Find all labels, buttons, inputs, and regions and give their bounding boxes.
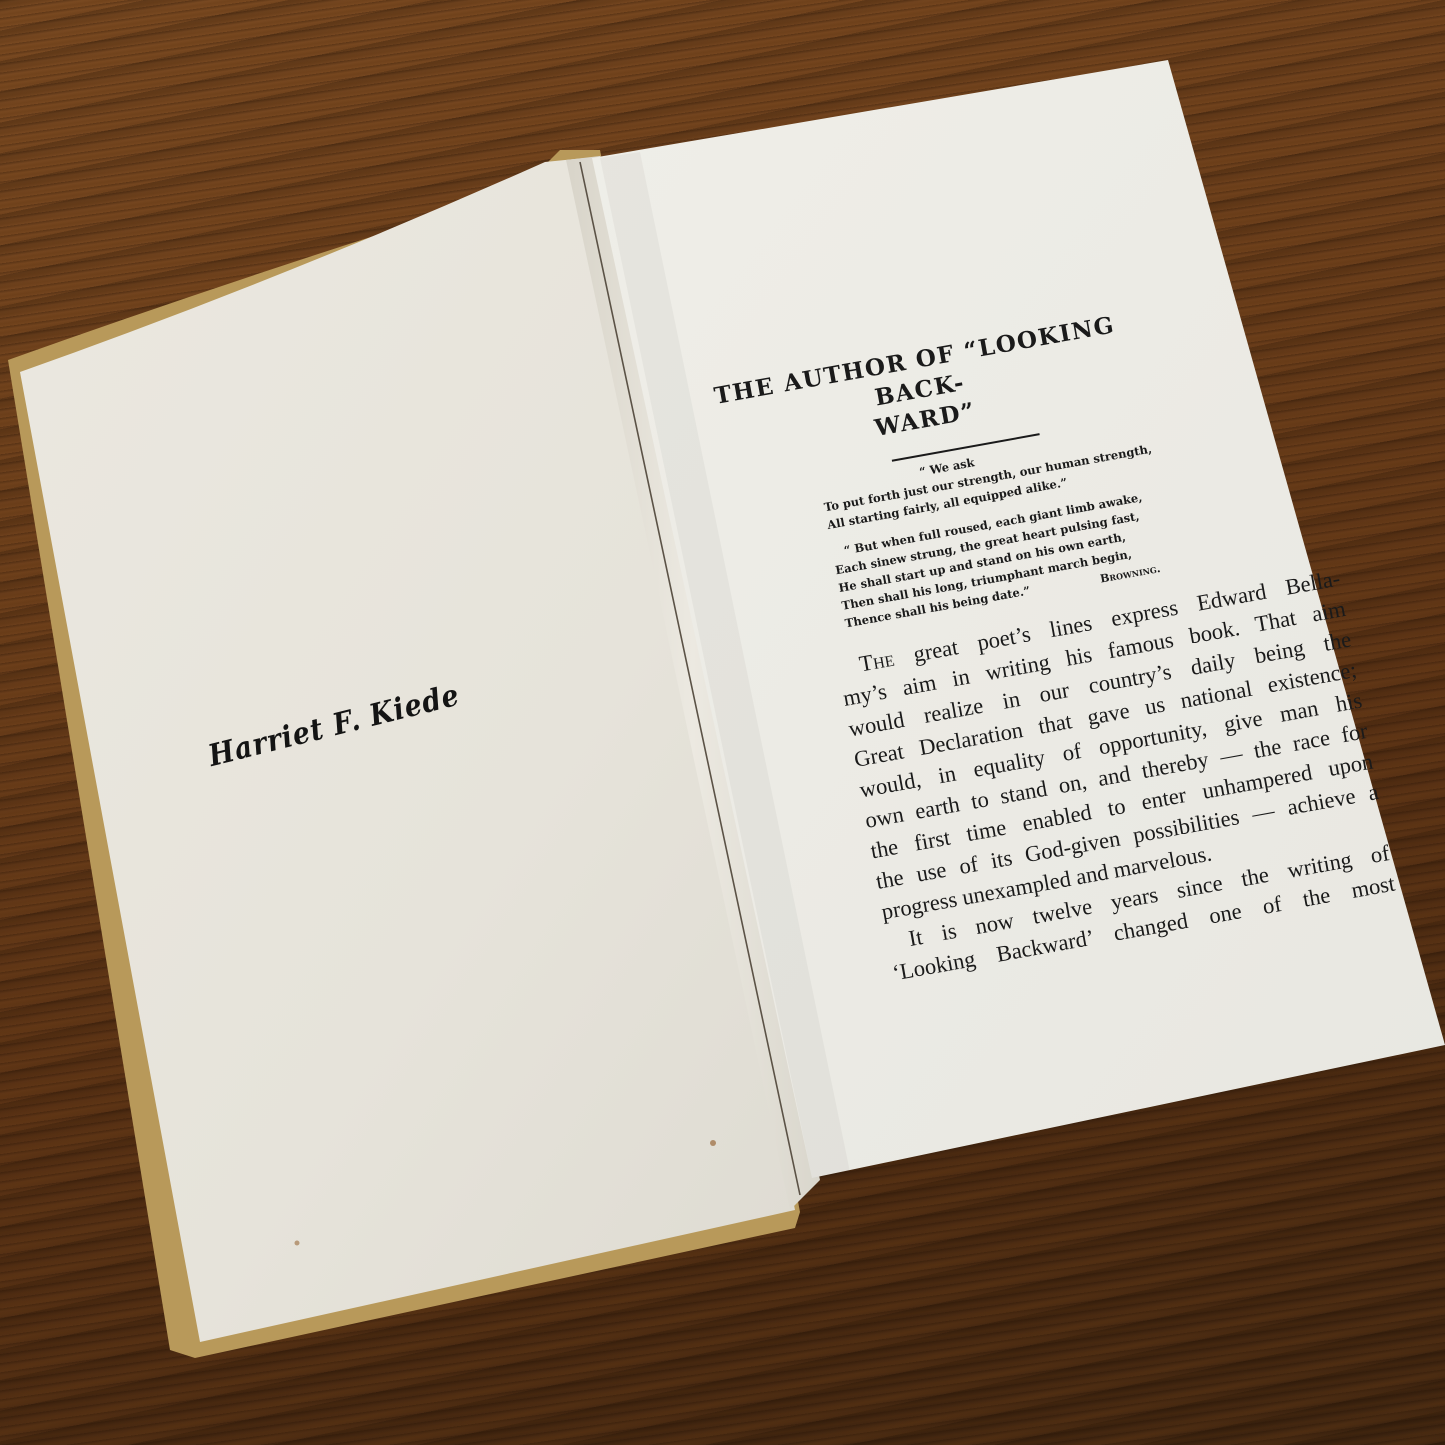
body-first-word: The [857,646,896,677]
foxing-spot [710,1140,716,1146]
right-page-text: THE AUTHOR OF “LOOKING BACK- WARD” “ We … [725,267,1445,999]
foxing-spot [295,1241,300,1246]
photo-scene: Harriet F. Kiede THE AUTHOR OF “LOOKING … [0,0,1445,1445]
